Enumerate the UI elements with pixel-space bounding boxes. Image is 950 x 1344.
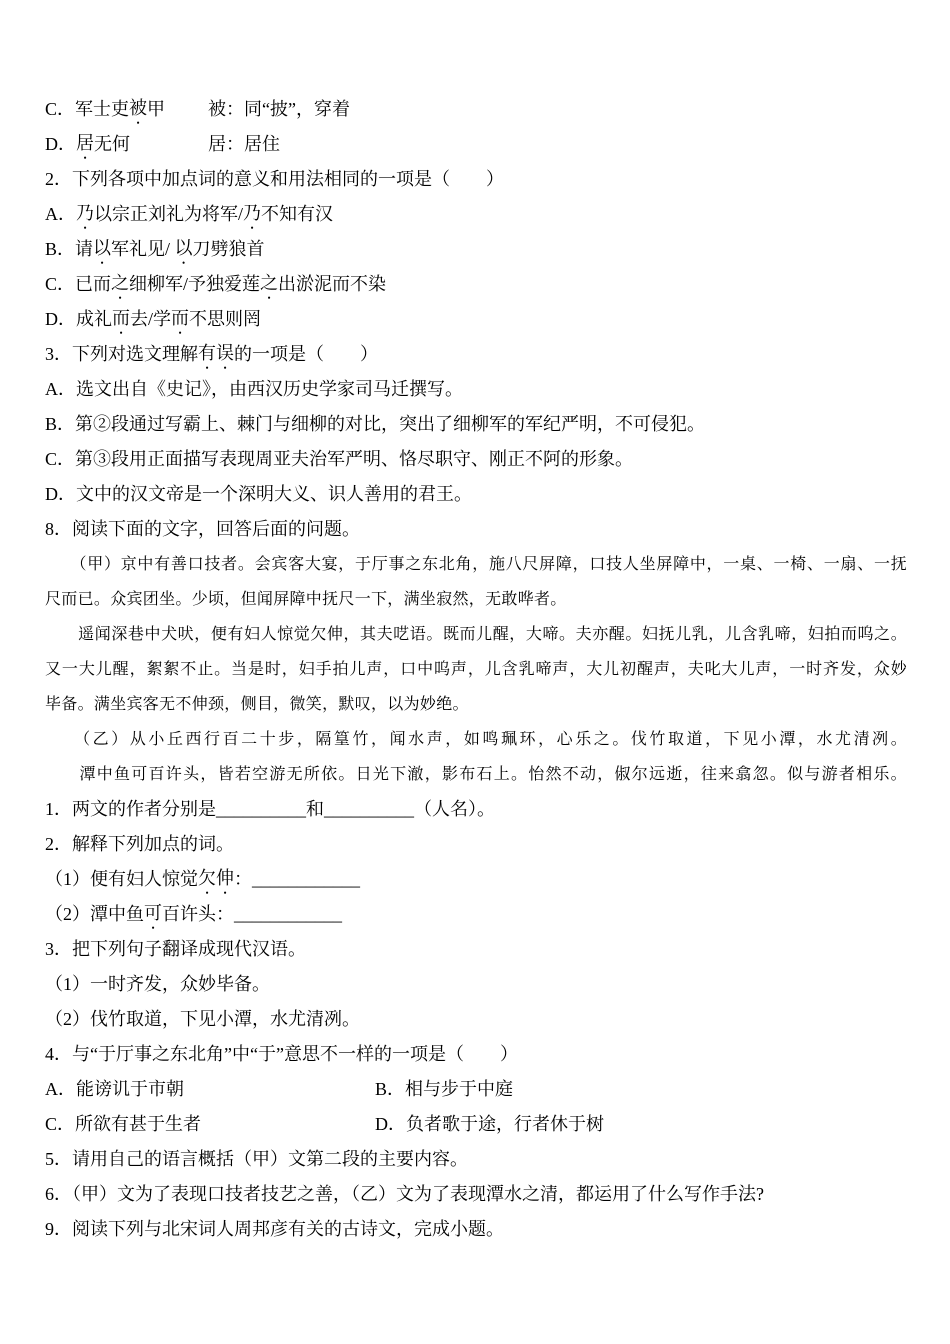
option-text: D．负者歌于途，行者休于树 [375, 1107, 604, 1142]
question-line: C．已而之细柳军/予独爱莲之出淤泥而不染 [45, 267, 907, 302]
emphasis-dot-chars: 以 [175, 238, 193, 258]
option-row: C．所欲有甚于生者D．负者歌于途，行者休于树 [45, 1107, 907, 1142]
passage-line: 尺而已。众宾团坐。少顷，但闻屏障中抚尺一下，满坐寂然，无敢哗者。 [45, 582, 907, 617]
emphasis-dot-chars: 以 [93, 238, 111, 258]
passage-line: 遥闻深巷中犬吠，便有妇人惊觉欠伸，其夫呓语。既而儿醒，大啼。夫亦醒。妇抚儿乳，儿… [45, 617, 907, 652]
question-line: （2）伐竹取道，下见小潭，水尤清冽。 [45, 1002, 907, 1037]
question-line: D．成礼而去/学而不思则罔 [45, 302, 907, 337]
emphasis-dot-chars: 居 [76, 133, 94, 153]
question-line: D．文中的汉文帝是一个深明大义、识人善用的君王。 [45, 477, 907, 512]
option-text: A．能谤讥于市朝 [45, 1072, 184, 1107]
option-text: C．军士吏被甲 [45, 92, 165, 129]
emphasis-dot-chars: 之 [111, 273, 129, 293]
emphasis-dot-chars: 之 [260, 273, 278, 293]
question-line: （2）潭中鱼可百许头：____________ [45, 897, 907, 932]
emphasis-dot-chars: 乃 [76, 203, 94, 223]
question-line: 9．阅读下列与北宋词人周邦彦有关的古诗文，完成小题。 [45, 1212, 907, 1247]
passage-line: （甲）京中有善口技者。会宾客大宴，于厅事之东北角，施八尺屏障，口技人坐屏障中，一… [45, 547, 907, 582]
question-line: 3．下列对选文理解有误的一项是（ ） [45, 337, 907, 372]
emphasis-dot-chars: 而 [171, 308, 189, 328]
emphasis-dot-chars: 可 [144, 903, 162, 923]
question-line: B．请以军礼见/ 以刀劈狼首 [45, 232, 907, 267]
option-text: B．相与步于中庭 [375, 1072, 513, 1107]
question-line: C．第③段用正面描写表现周亚夫治军严明、恪尽职守、刚正不阿的形象。 [45, 442, 907, 477]
option-text: 被：同“披”，穿着 [208, 92, 350, 127]
passage-line: 潭中鱼可百许头，皆若空游无所依。日光下澈，影布石上。怡然不动，俶尔远逝，往来翕忽… [45, 757, 907, 792]
option-row: A．能谤讥于市朝B．相与步于中庭 [45, 1072, 907, 1107]
question-line: 4．与“于厅事之东北角”中“于”意思不一样的一项是（ ） [45, 1037, 907, 1072]
passage-line: 毕备。满坐宾客无不伸颈，侧目，微笑，默叹，以为妙绝。 [45, 687, 907, 722]
question-line: A．乃以宗正刘礼为将军/乃不知有汉 [45, 197, 907, 232]
option-text: D．居无何 [45, 127, 130, 164]
emphasis-dot-chars: 有误 [198, 343, 234, 363]
question-line: A．选文出自《史记》，由西汉历史学家司马迁撰写。 [45, 372, 907, 407]
emphasis-dot-chars: 欠伸 [198, 868, 234, 888]
question-line: 2．下列各项中加点词的意义和用法相同的一项是（ ） [45, 162, 907, 197]
document-page: C．军士吏被甲被：同“披”，穿着D．居无何居：居住2．下列各项中加点词的意义和用… [45, 0, 907, 1247]
question-line: （1）便有妇人惊觉欠伸：____________ [45, 862, 907, 897]
question-line: 2．解释下列加点的词。 [45, 827, 907, 862]
emphasis-dot-chars: 被 [129, 98, 147, 118]
option-text: 居：居住 [208, 127, 280, 162]
passage-line: 又一大儿醒，絮絮不止。当是时，妇手拍儿声，口中呜声，儿含乳啼声，大儿初醒声，夫叱… [45, 652, 907, 687]
passage-line: （乙）从小丘西行百二十步，隔篁竹，闻水声，如鸣珮环，心乐之。伐竹取道，下见小潭，… [45, 722, 907, 757]
question-line: 6．（甲）文为了表现口技者技艺之善，（乙）文为了表现潭水之清，都运用了什么写作手… [45, 1177, 907, 1212]
question-line: 1．两文的作者分别是__________和__________（人名）。 [45, 792, 907, 827]
emphasis-dot-chars: 而 [112, 308, 130, 328]
question-line: （1）一时齐发，众妙毕备。 [45, 967, 907, 1002]
question-line: 3．把下列句子翻译成现代汉语。 [45, 932, 907, 967]
option-row: C．军士吏被甲被：同“披”，穿着 [45, 92, 907, 127]
option-row: D．居无何居：居住 [45, 127, 907, 162]
emphasis-dot-chars: 乃 [243, 203, 261, 223]
question-line: 5．请用自己的语言概括（甲）文第二段的主要内容。 [45, 1142, 907, 1177]
question-line: 8．阅读下面的文字，回答后面的问题。 [45, 512, 907, 547]
option-text: C．所欲有甚于生者 [45, 1107, 201, 1142]
question-line: B．第②段通过写霸上、棘门与细柳的对比，突出了细柳军的军纪严明，不可侵犯。 [45, 407, 907, 442]
